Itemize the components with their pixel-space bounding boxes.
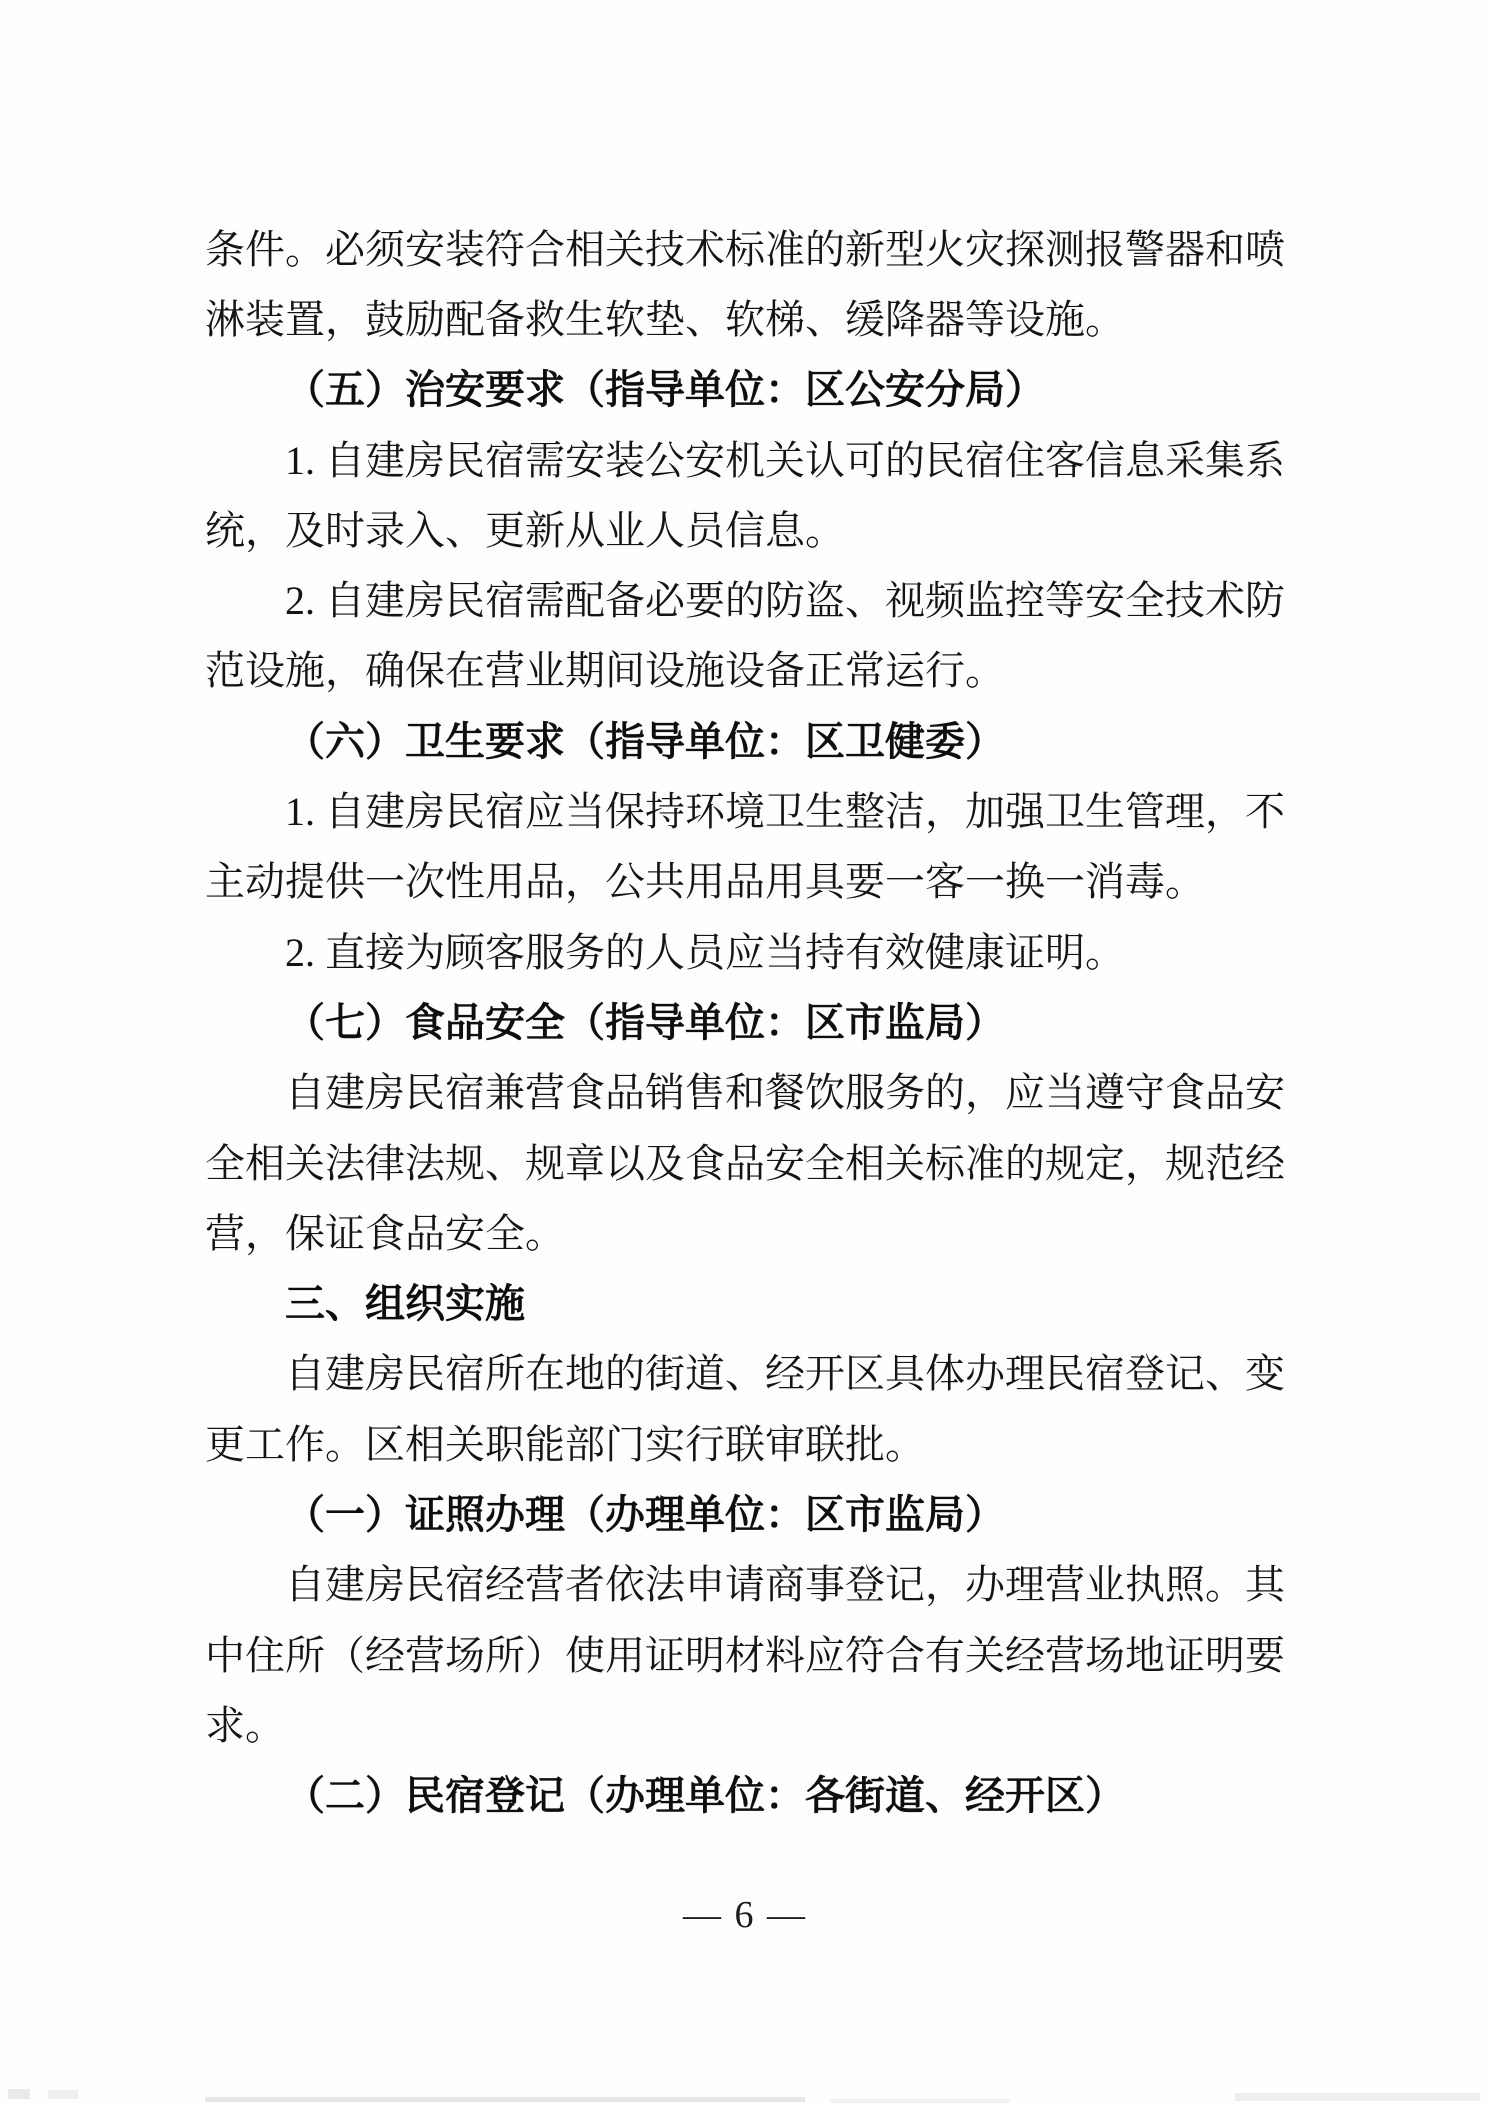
document-body: 条件。必须安装符合相关技术标准的新型火灾探测报警器和喷 淋装置，鼓励配备救生软垫… xyxy=(205,211,1290,1828)
chapter-heading: 三、组织实施 xyxy=(205,1265,1290,1335)
body-line: 全相关法律法规、规章以及食品安全相关标准的规定，规范经 xyxy=(205,1125,1290,1195)
scan-artifact xyxy=(8,2089,30,2099)
body-line: 中住所（经营场所）使用证明材料应符合有关经营场地证明要 xyxy=(205,1617,1290,1687)
body-line: 1. 自建房民宿需安装公安机关认可的民宿住客信息采集系 xyxy=(205,422,1290,492)
body-line: 自建房民宿所在地的街道、经开区具体办理民宿登记、变 xyxy=(205,1336,1290,1406)
section-heading: （一）证照办理（办理单位：区市监局） xyxy=(205,1476,1290,1546)
body-line: 2. 直接为顾客服务的人员应当持有效健康证明。 xyxy=(205,914,1290,984)
body-line: 求。 xyxy=(205,1687,1290,1757)
body-line: 范设施，确保在营业期间设施设备正常运行。 xyxy=(205,633,1290,703)
scan-artifact xyxy=(205,2097,805,2102)
body-line: 更工作。区相关职能部门实行联审联批。 xyxy=(205,1406,1290,1476)
body-line: 1. 自建房民宿应当保持环境卫生整洁，加强卫生管理，不 xyxy=(205,773,1290,843)
scan-artifact xyxy=(830,2099,1010,2103)
body-line: 2. 自建房民宿需配备必要的防盗、视频监控等安全技术防 xyxy=(205,562,1290,632)
body-line: 自建房民宿经营者依法申请商事登记，办理营业执照。其 xyxy=(205,1547,1290,1617)
scan-artifact xyxy=(48,2090,78,2099)
page-number: — 6 — xyxy=(205,1893,1285,1937)
body-line: 主动提供一次性用品，公共用品用具要一客一换一消毒。 xyxy=(205,844,1290,914)
scan-artifact xyxy=(1235,2093,1480,2101)
body-line: 统，及时录入、更新从业人员信息。 xyxy=(205,492,1290,562)
body-line: 淋装置，鼓励配备救生软垫、软梯、缓降器等设施。 xyxy=(205,281,1290,351)
section-heading: （七）食品安全（指导单位：区市监局） xyxy=(205,984,1290,1054)
section-heading: （五）治安要求（指导单位：区公安分局） xyxy=(205,352,1290,422)
section-heading: （二）民宿登记（办理单位：各街道、经开区） xyxy=(205,1758,1290,1828)
section-heading: （六）卫生要求（指导单位：区卫健委） xyxy=(205,703,1290,773)
body-line: 条件。必须安装符合相关技术标准的新型火灾探测报警器和喷 xyxy=(205,211,1290,281)
scanned-document-page: 条件。必须安装符合相关技术标准的新型火灾探测报警器和喷 淋装置，鼓励配备救生软垫… xyxy=(0,0,1487,2105)
body-line: 自建房民宿兼营食品销售和餐饮服务的，应当遵守食品安 xyxy=(205,1055,1290,1125)
body-line: 营，保证食品安全。 xyxy=(205,1195,1290,1265)
